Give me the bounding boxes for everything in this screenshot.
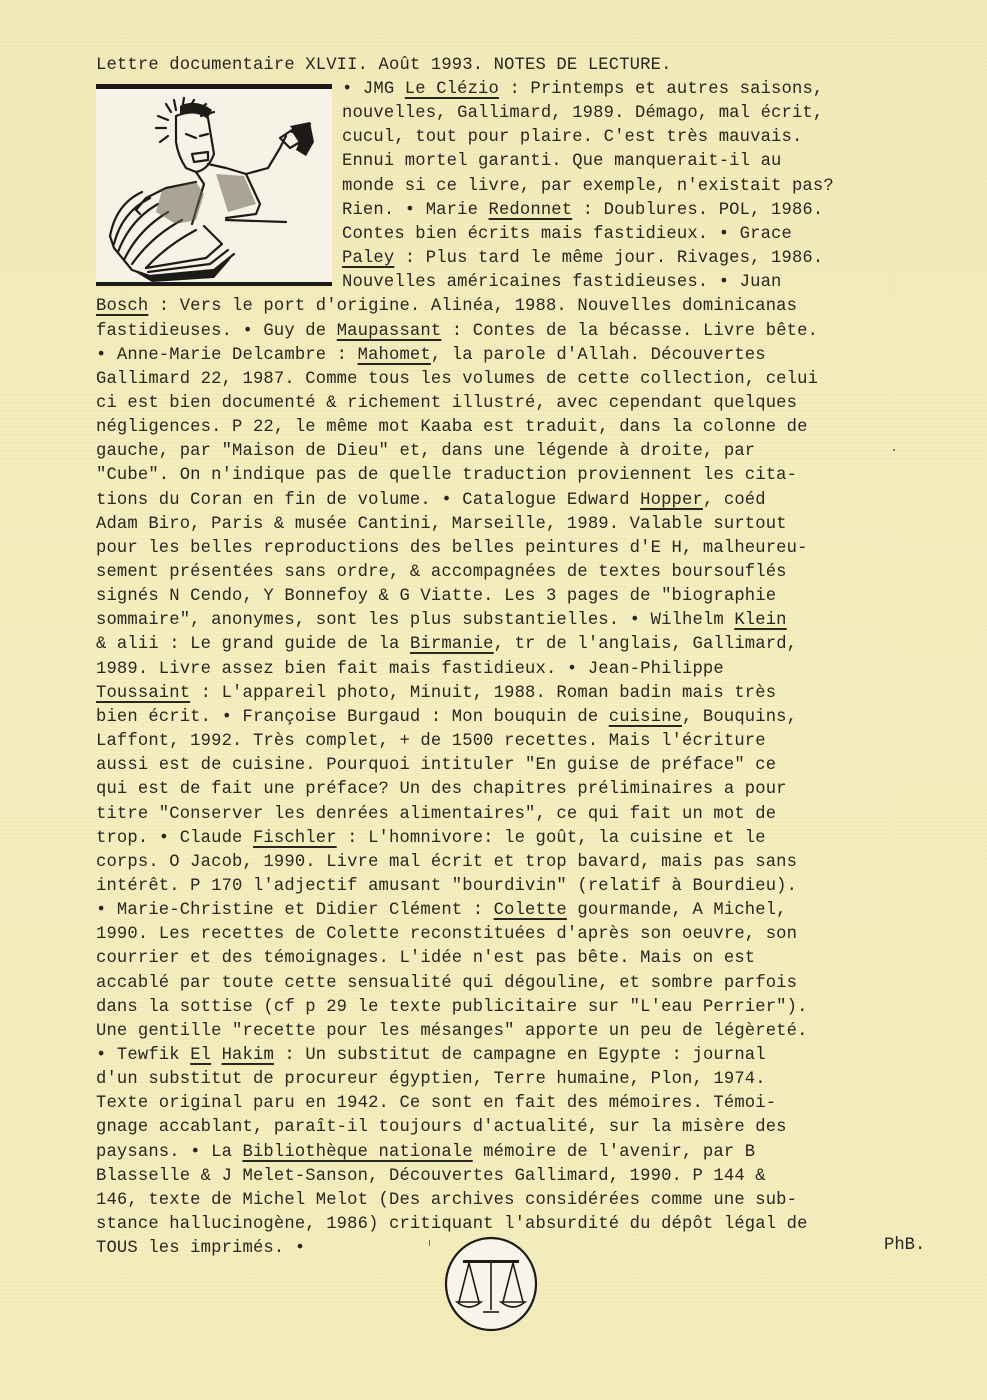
text-line: corps. O Jacob, 1990. Livre mal écrit et…: [96, 852, 797, 874]
text-line: stance hallucinogène, 1986) critiquant l…: [96, 1214, 808, 1236]
underlined-author-name: Le Clézio: [405, 80, 499, 99]
text-line: titre "Conserver les denrées alimentaire…: [96, 804, 776, 826]
text-segment: qui est de fait une préface? Un des chap…: [96, 780, 787, 799]
text-segment: 1990. Les recettes de Colette reconstitu…: [96, 925, 797, 944]
text-segment: courrier et des témoignages. L'idée n'es…: [96, 949, 755, 968]
text-segment: sement présentées sans ordre, & accompag…: [96, 563, 787, 582]
text-segment: Contes bien écrits mais fastidieux. • Gr…: [342, 225, 792, 244]
text-segment: Ennui mortel garanti. Que manquerait-il …: [342, 152, 782, 171]
text-line: Adam Biro, Paris & musée Cantini, Marsei…: [96, 514, 787, 536]
text-line: gauche, par "Maison de Dieu" et, dans un…: [96, 441, 755, 463]
text-line: 146, texte de Michel Melot (Des archives…: [96, 1190, 797, 1212]
underlined-author-name: Toussaint: [96, 684, 190, 703]
text-segment: : Contes de la bécasse. Livre bête.: [441, 322, 818, 341]
text-line: Blasselle & J Melet-Sanson, Découvertes …: [96, 1166, 766, 1188]
text-segment: paysans. • La: [96, 1143, 243, 1162]
underlined-author-name: Klein: [734, 611, 786, 630]
text-segment: : Printemps et autres saisons,: [499, 80, 823, 99]
underlined-author-name: Paley: [342, 249, 394, 268]
text-line: Texte original paru en 1942. Ce sont en …: [96, 1093, 776, 1115]
text-segment: mémoire de l'avenir, par B: [473, 1143, 756, 1162]
text-line: qui est de fait une préface? Un des chap…: [96, 779, 787, 801]
text-line: d'un substitut de procureur égyptien, Te…: [96, 1069, 766, 1091]
text-segment: , la parole d'Allah. Découvertes: [431, 346, 766, 365]
text-line: tions du Coran en fin de volume. • Catal…: [96, 490, 766, 512]
text-segment: négligences. P 22, le même mot Kaaba est…: [96, 418, 808, 437]
text-line: • JMG Le Clézio : Printemps et autres sa…: [342, 79, 823, 101]
text-segment: Adam Biro, Paris & musée Cantini, Marsei…: [96, 515, 787, 534]
text-line: intérêt. P 170 l'adjectif amusant "bourd…: [96, 876, 797, 898]
text-segment: Nouvelles américaines fastidieuses. • Ju…: [342, 273, 782, 292]
text-segment: 1989. Livre assez bien fait mais fastidi…: [96, 660, 724, 679]
underlined-author-name: cuisine: [609, 708, 682, 727]
text-segment: "Cube". On n'indique pas de quelle tradu…: [96, 466, 797, 485]
text-line: Laffont, 1992. Très complet, + de 1500 r…: [96, 731, 766, 753]
stray-ink-dot: [893, 449, 895, 451]
underlined-author-name: Bosch: [96, 297, 148, 316]
text-segment: signés N Cendo, Y Bonnefoy & G Viatte. L…: [96, 587, 776, 606]
text-segment: Laffont, 1992. Très complet, + de 1500 r…: [96, 732, 766, 751]
underlined-author-name: Mahomet: [358, 346, 431, 365]
text-segment: dans la sottise (cf p 29 le texte public…: [96, 998, 808, 1017]
underlined-author-name: Redonnet: [489, 201, 573, 220]
text-segment: : Doublures. POL, 1986.: [572, 201, 823, 220]
stray-ink-mark: [429, 1240, 430, 1246]
underlined-author-name: Hopper: [640, 491, 703, 510]
text-segment: monde si ce livre, par exemple, n'exista…: [342, 177, 834, 196]
text-segment: gourmande, A Michel,: [567, 901, 787, 920]
text-line: accablé par toute cette sensualité qui d…: [96, 973, 797, 995]
document-header: Lettre documentaire XLVII. Août 1993. NO…: [96, 55, 672, 77]
text-segment: • Tewfik: [96, 1046, 190, 1065]
text-segment: , coéd: [703, 491, 766, 510]
text-line: & alii : Le grand guide de la Birmanie, …: [96, 634, 797, 656]
text-segment: gauche, par "Maison de Dieu" et, dans un…: [96, 442, 755, 461]
text-line: paysans. • La Bibliothèque nationale mém…: [96, 1142, 755, 1164]
text-line: signés N Cendo, Y Bonnefoy & G Viatte. L…: [96, 586, 776, 608]
text-segment: ci est bien documenté & richement illust…: [96, 394, 797, 413]
scales-of-justice-icon: [443, 1236, 539, 1332]
text-segment: [211, 1046, 221, 1065]
text-line: Rien. • Marie Redonnet : Doublures. POL,…: [342, 200, 823, 222]
text-segment: : Vers le port d'origine. Alinéa, 1988. …: [148, 297, 797, 316]
text-segment: : L'appareil photo, Minuit, 1988. Roman …: [190, 684, 776, 703]
text-segment: fastidieuses. • Guy de: [96, 322, 337, 341]
text-segment: trop. • Claude: [96, 829, 253, 848]
text-segment: bien écrit. • Françoise Burgaud : Mon bo…: [96, 708, 609, 727]
underlined-author-name: Colette: [494, 901, 567, 920]
text-segment: : Un substitut de campagne en Egypte : j…: [274, 1046, 766, 1065]
text-segment: • Anne-Marie Delcambre :: [96, 346, 358, 365]
text-line: Ennui mortel garanti. Que manquerait-il …: [342, 151, 782, 173]
underlined-author-name: Fischler: [253, 829, 337, 848]
text-segment: Blasselle & J Melet-Sanson, Découvertes …: [96, 1167, 766, 1186]
text-line: fastidieuses. • Guy de Maupassant : Cont…: [96, 321, 818, 343]
text-segment: titre "Conserver les denrées alimentaire…: [96, 805, 776, 824]
signature: PhB.: [884, 1235, 925, 1257]
underlined-author-name: El: [190, 1046, 211, 1065]
text-segment: intérêt. P 170 l'adjectif amusant "bourd…: [96, 877, 797, 896]
text-segment: sommaire", anonymes, sont les plus subst…: [96, 611, 734, 630]
text-line: pour les belles reproductions des belles…: [96, 538, 808, 560]
text-segment: corps. O Jacob, 1990. Livre mal écrit et…: [96, 853, 797, 872]
text-line: négligences. P 22, le même mot Kaaba est…: [96, 417, 808, 439]
text-line: dans la sottise (cf p 29 le texte public…: [96, 997, 808, 1019]
text-line: Gallimard 22, 1987. Comme tous les volum…: [96, 369, 818, 391]
text-segment: , tr de l'anglais, Gallimard,: [494, 635, 797, 654]
angry-man-hammering-book-icon: [96, 84, 332, 286]
illustration-frame: [96, 84, 332, 286]
text-line: Une gentille "recette pour les mésanges"…: [96, 1021, 808, 1043]
text-line: monde si ce livre, par exemple, n'exista…: [342, 176, 834, 198]
text-line: TOUS les imprimés. •: [96, 1238, 305, 1260]
text-line: nouvelles, Gallimard, 1989. Démago, mal …: [342, 103, 823, 125]
text-line: cucul, tout pour plaire. C'est très mauv…: [342, 127, 802, 149]
text-segment: Une gentille "recette pour les mésanges"…: [96, 1022, 808, 1041]
text-line: • Anne-Marie Delcambre : Mahomet, la par…: [96, 345, 766, 367]
text-segment: : L'homnivore: le goût, la cuisine et le: [337, 829, 766, 848]
text-segment: • JMG: [342, 80, 405, 99]
text-segment: : Plus tard le même jour. Rivages, 1986.: [394, 249, 823, 268]
text-line: 1990. Les recettes de Colette reconstitu…: [96, 924, 797, 946]
text-line: sement présentées sans ordre, & accompag…: [96, 562, 787, 584]
text-segment: , Bouquins,: [682, 708, 797, 727]
text-line: • Tewfik El Hakim : Un substitut de camp…: [96, 1045, 766, 1067]
text-segment: accablé par toute cette sensualité qui d…: [96, 974, 797, 993]
text-segment: nouvelles, Gallimard, 1989. Démago, mal …: [342, 104, 823, 123]
text-segment: Texte original paru en 1942. Ce sont en …: [96, 1094, 776, 1113]
text-line: 1989. Livre assez bien fait mais fastidi…: [96, 659, 724, 681]
text-line: sommaire", anonymes, sont les plus subst…: [96, 610, 787, 632]
text-segment: tions du Coran en fin de volume. • Catal…: [96, 491, 640, 510]
text-line: bien écrit. • Françoise Burgaud : Mon bo…: [96, 707, 797, 729]
text-segment: pour les belles reproductions des belles…: [96, 539, 808, 558]
text-line: Nouvelles américaines fastidieuses. • Ju…: [342, 272, 782, 294]
text-line: "Cube". On n'indique pas de quelle tradu…: [96, 465, 797, 487]
text-segment: & alii : Le grand guide de la: [96, 635, 410, 654]
underlined-author-name: Maupassant: [337, 322, 442, 341]
text-line: • Marie-Christine et Didier Clément : Co…: [96, 900, 787, 922]
text-line: Contes bien écrits mais fastidieux. • Gr…: [342, 224, 792, 246]
text-segment: stance hallucinogène, 1986) critiquant l…: [96, 1215, 808, 1234]
text-segment: gnage accablant, paraît-il toujours d'ac…: [96, 1118, 787, 1137]
text-segment: TOUS les imprimés. •: [96, 1239, 305, 1258]
text-segment: Rien. • Marie: [342, 201, 489, 220]
text-line: Bosch : Vers le port d'origine. Alinéa, …: [96, 296, 797, 318]
text-line: ci est bien documenté & richement illust…: [96, 393, 797, 415]
text-line: Paley : Plus tard le même jour. Rivages,…: [342, 248, 823, 270]
text-segment: 146, texte de Michel Melot (Des archives…: [96, 1191, 797, 1210]
text-line: courrier et des témoignages. L'idée n'es…: [96, 948, 755, 970]
underlined-author-name: Bibliothèque nationale: [243, 1143, 473, 1162]
text-line: Toussaint : L'appareil photo, Minuit, 19…: [96, 683, 776, 705]
text-segment: Gallimard 22, 1987. Comme tous les volum…: [96, 370, 818, 389]
underlined-author-name: Birmanie: [410, 635, 494, 654]
underlined-author-name: Hakim: [222, 1046, 274, 1065]
text-line: gnage accablant, paraît-il toujours d'ac…: [96, 1117, 787, 1139]
text-segment: aussi est de cuisine. Pourquoi intituler…: [96, 756, 776, 775]
text-segment: • Marie-Christine et Didier Clément :: [96, 901, 494, 920]
text-segment: d'un substitut de procureur égyptien, Te…: [96, 1070, 766, 1089]
frame-rule-bottom: [96, 282, 332, 286]
text-line: trop. • Claude Fischler : L'homnivore: l…: [96, 828, 766, 850]
text-segment: cucul, tout pour plaire. C'est très mauv…: [342, 128, 802, 147]
text-line: aussi est de cuisine. Pourquoi intituler…: [96, 755, 776, 777]
